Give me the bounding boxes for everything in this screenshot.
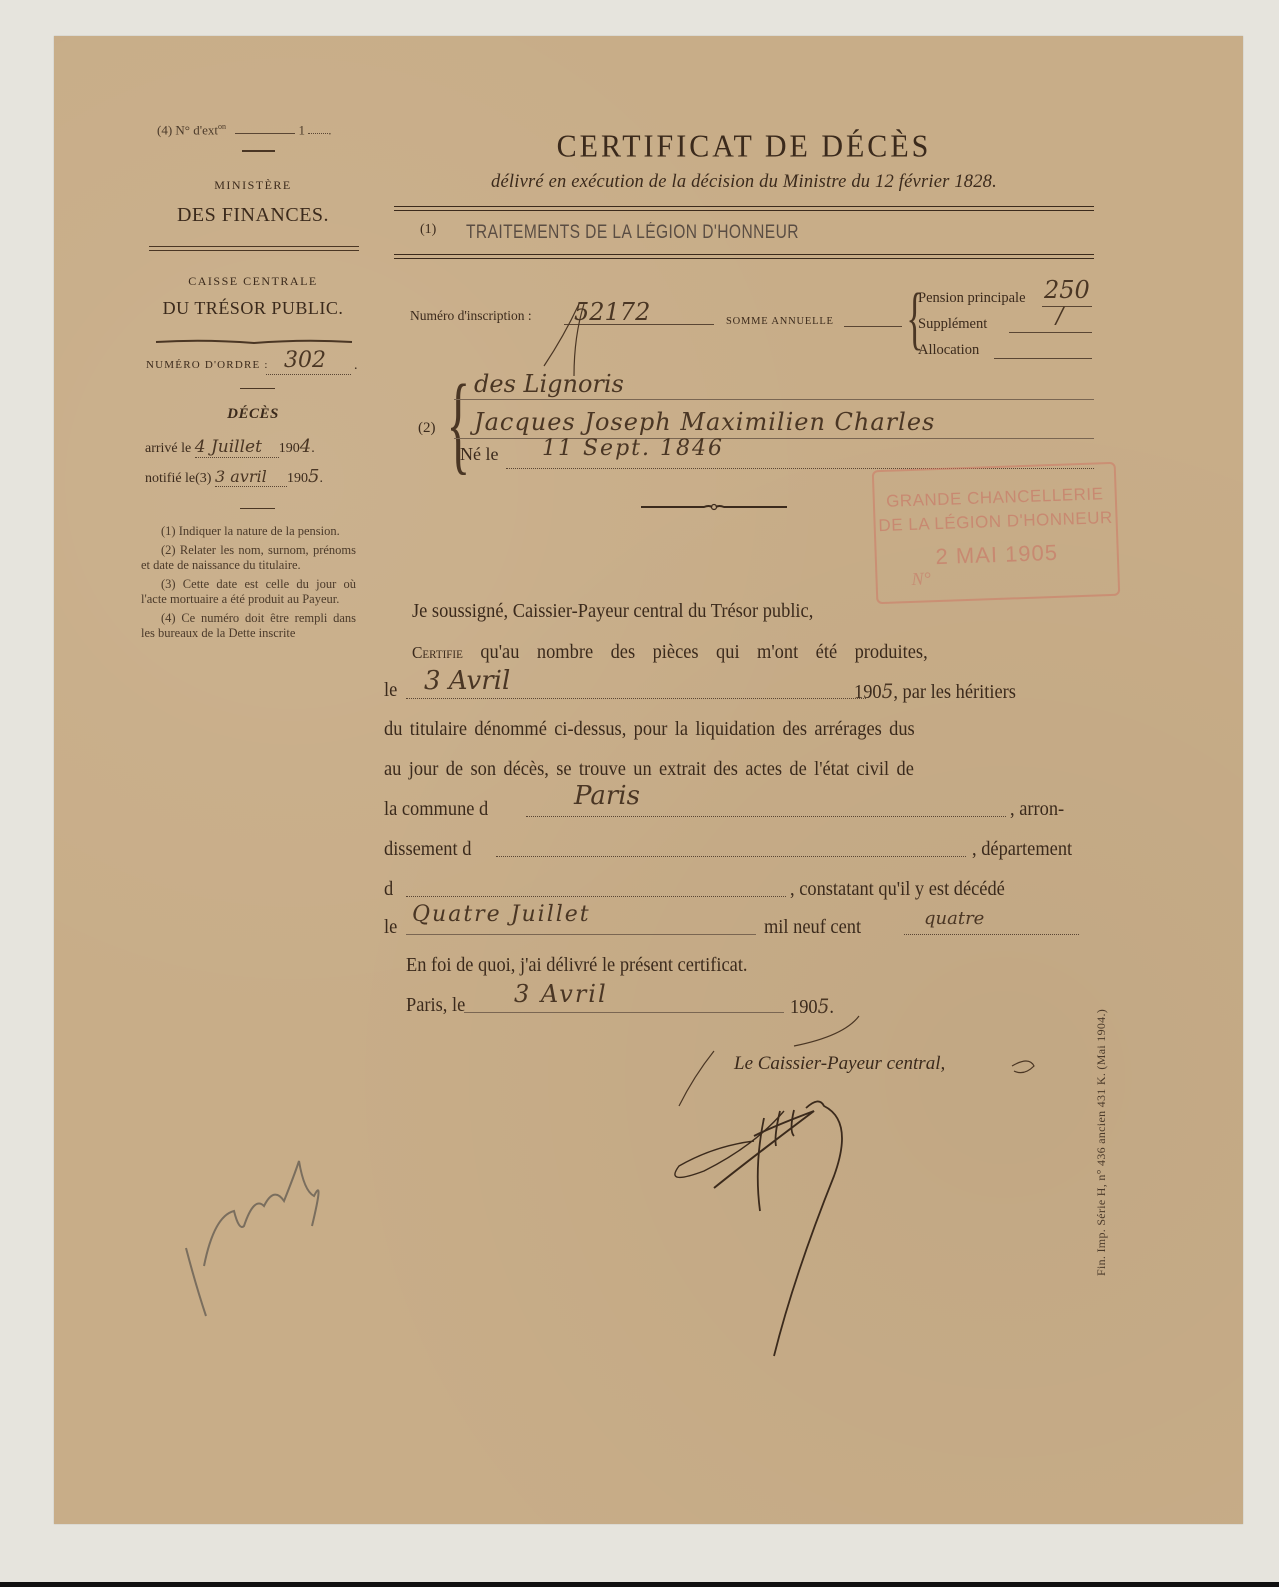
printer-note: Fin. Imp. Série H, n° 436 ancien 431 K. …	[1094, 1009, 1109, 1276]
signature-strokes	[54, 36, 1243, 1524]
certificate-paper: (4) N° d'exton 1 . MINISTÈRE DES FINANCE…	[54, 36, 1243, 1524]
bottom-edge	[0, 1582, 1279, 1587]
